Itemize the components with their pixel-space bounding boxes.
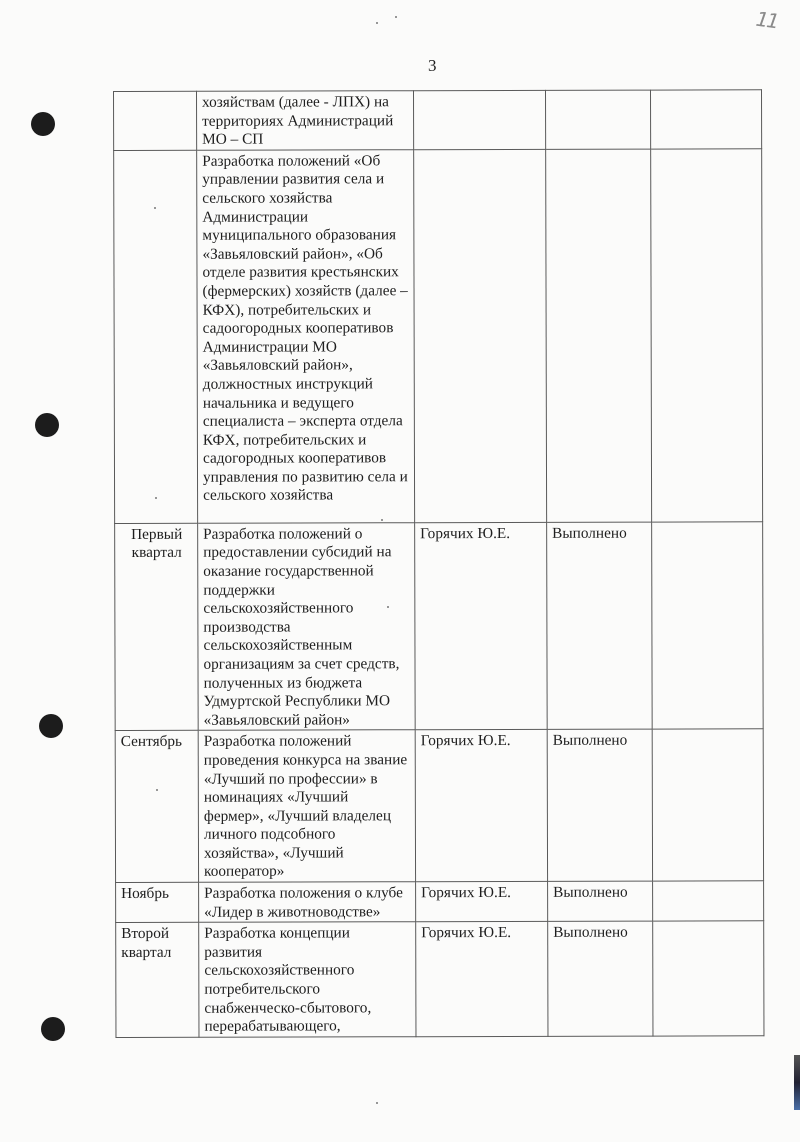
- scan-speck: [376, 22, 378, 24]
- responsible-cell: Горячих Ю.Е.: [415, 730, 547, 882]
- scan-edge-artifact: [794, 1055, 800, 1110]
- status-cell: [546, 149, 652, 522]
- period-cell: Ноябрь: [116, 882, 199, 922]
- handwritten-sheet-number: 11: [754, 7, 779, 34]
- period-cell: Сентябрь: [115, 731, 198, 883]
- status-cell: [545, 90, 650, 149]
- task-cell: хозяйствам (далее - ЛПХ) на территориях …: [197, 91, 414, 150]
- table-row: Разработка положений «Об управлении разв…: [114, 149, 763, 524]
- punch-hole: [41, 1017, 65, 1041]
- page-number: 3: [428, 56, 437, 76]
- note-cell: [652, 522, 764, 730]
- scan-speck: [395, 16, 397, 18]
- table-row: Сентябрь Разработка положений проведения…: [115, 729, 763, 882]
- table-row: Второй квартал Разработка концепции разв…: [116, 921, 764, 1037]
- status-cell: Выполнено: [548, 921, 653, 1036]
- note-cell: [652, 729, 763, 881]
- task-cell: Разработка положений о предоставлении су…: [198, 522, 416, 730]
- period-cell: [114, 91, 197, 150]
- responsible-cell: Горячих Ю.Е.: [416, 881, 548, 922]
- status-cell: Выполнено: [547, 729, 652, 881]
- note-cell: [651, 149, 763, 522]
- work-plan-table: хозяйствам (далее - ЛПХ) на территориях …: [113, 89, 764, 1038]
- responsible-cell: [414, 149, 547, 522]
- note-cell: [653, 921, 764, 1036]
- status-cell: Выполнено: [547, 522, 653, 730]
- task-cell: Разработка положений «Об управлении разв…: [197, 149, 415, 523]
- table-row: хозяйствам (далее - ЛПХ) на территориях …: [114, 90, 762, 150]
- period-cell: Второй квартал: [116, 923, 199, 1038]
- punch-hole: [39, 714, 63, 738]
- scan-speck: [376, 1102, 378, 1104]
- responsible-cell: Горячих Ю.Е.: [415, 522, 548, 730]
- status-cell: Выполнено: [548, 881, 653, 921]
- punch-hole: [31, 112, 55, 136]
- punch-hole: [35, 413, 59, 437]
- period-cell: Первый квартал: [115, 523, 199, 731]
- period-cell: [114, 150, 198, 523]
- task-cell: Разработка положений проведения конкурса…: [198, 730, 415, 882]
- table-row: Первый квартал Разработка положений о пр…: [115, 522, 764, 731]
- table-row: Ноябрь Разработка положения о клубе «Лид…: [116, 881, 764, 923]
- note-cell: [653, 881, 764, 921]
- task-cell: Разработка концепции развития сельскохоз…: [199, 922, 416, 1037]
- note-cell: [650, 90, 761, 149]
- responsible-cell: [414, 90, 546, 149]
- task-cell: Разработка положения о клубе «Лидер в жи…: [199, 882, 416, 923]
- responsible-cell: Горячих Ю.Е.: [416, 922, 548, 1037]
